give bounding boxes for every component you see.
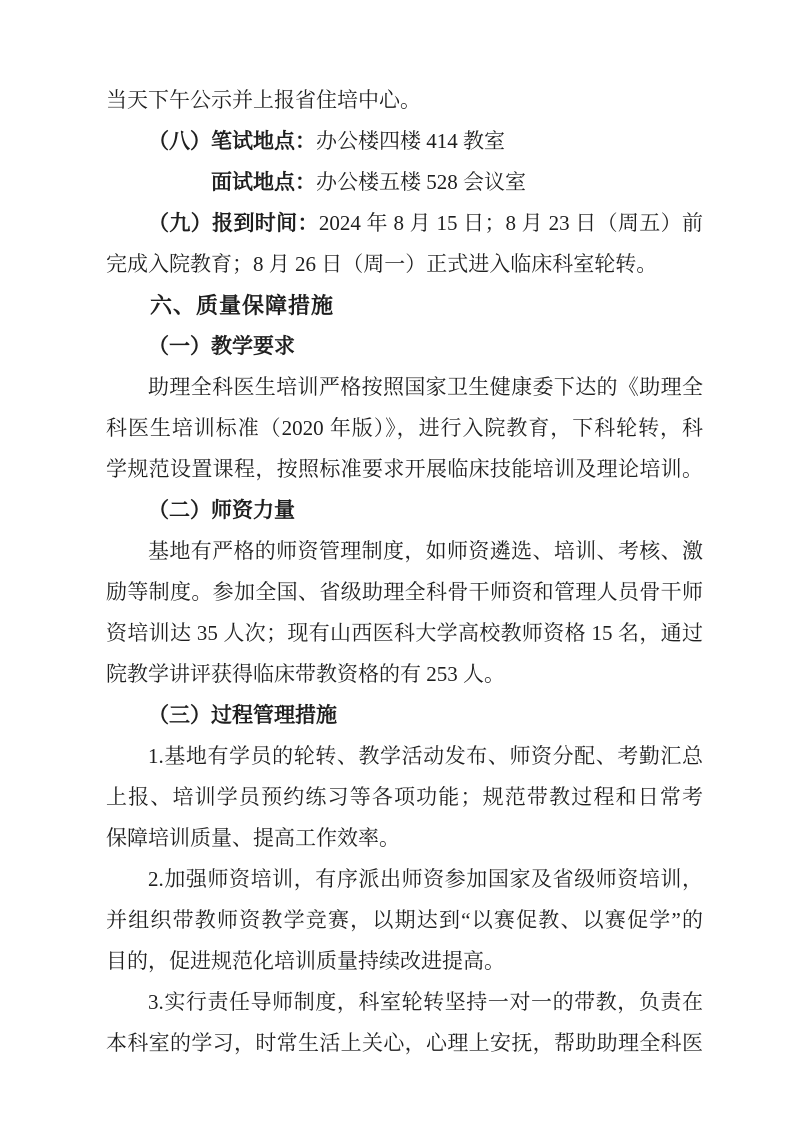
body-text: 助理全科医生培训严格按照国家卫生健康委下达的《助理全 <box>148 375 703 399</box>
para-teaching-requirements-line-3: 学规范设置课程，按照标准要求开展临床技能培训及理论培训。 <box>106 449 703 490</box>
subsection-1-heading-teaching-requirements: （一）教学要求 <box>106 326 703 367</box>
body-text: 2.加强师资培训，有序派出师资参加国家及省级师资培训， <box>148 867 703 891</box>
para-process-2-line-2: 并组织带教师资教学竞赛，以期达到“以赛促教、以赛促学”的 <box>106 900 703 941</box>
body-text: 科医生培训标准（2020 年版）》，进行入院教育，下科轮转，科 <box>106 416 703 440</box>
body-text: 当天下午公示并上报省住培中心。 <box>106 88 421 112</box>
para-faculty-line-1: 基地有严格的师资管理制度，如师资遴选、培训、考核、激 <box>106 531 703 572</box>
bold-label-text: （二）师资力量 <box>148 498 295 522</box>
body-text: 保障培训质量、提高工作效率。 <box>106 826 400 850</box>
para-process-1-line-1: 1.基地有学员的轮转、教学活动发布、师资分配、考勤汇总 <box>106 736 703 777</box>
item-8-written-exam-location: （八）笔试地点：办公楼四楼 414 教室 <box>106 121 703 162</box>
subsection-2-heading-faculty-strength: （二）师资力量 <box>106 490 703 531</box>
body-text: 办公楼四楼 414 教室 <box>316 129 505 153</box>
document-page: 当天下午公示并上报省住培中心。（八）笔试地点：办公楼四楼 414 教室面试地点：… <box>0 0 793 1122</box>
body-text: 学规范设置课程，按照标准要求开展临床技能培训及理论培训。 <box>106 457 703 481</box>
para-faculty-line-3: 资培训达 35 人次；现有山西医科大学高校教师资格 15 名，通过 <box>106 613 703 654</box>
para-teaching-requirements-line-1: 助理全科医生培训严格按照国家卫生健康委下达的《助理全 <box>106 367 703 408</box>
bold-label-text: 面试地点： <box>211 170 316 194</box>
body-text: 资培训达 35 人次；现有山西医科大学高校教师资格 15 名，通过 <box>106 621 703 645</box>
para-process-3-line-1: 3.实行责任导师制度，科室轮转坚持一对一的带教，负责在 <box>106 982 703 1023</box>
para-process-2-line-1: 2.加强师资培训，有序派出师资参加国家及省级师资培训， <box>106 859 703 900</box>
bold-label-text: （八）笔试地点： <box>148 129 316 153</box>
para-process-2-line-3: 目的，促进规范化培训质量持续改进提高。 <box>106 941 703 982</box>
item-9-registration-time: （九）报到时间：2024 年 8 月 15 日；8 月 23 日（周五）前 <box>106 203 703 244</box>
para-prev-page-continuation: 当天下午公示并上报省住培中心。 <box>106 80 703 121</box>
body-text: 上报、培训学员预约练习等各项功能；规范带教过程和日常考核、 <box>106 785 703 818</box>
item-8-interview-location: 面试地点：办公楼五楼 528 会议室 <box>106 162 703 203</box>
body-text: 励等制度。参加全国、省级助理全科骨干师资和管理人员骨干师 <box>106 580 703 604</box>
body-text: 完成入院教育；8 月 26 日（周一）正式进入临床科室轮转。 <box>106 252 657 276</box>
body-text: 1.基地有学员的轮转、教学活动发布、师资分配、考勤汇总 <box>148 744 703 768</box>
para-faculty-line-4: 院教学讲评获得临床带教资格的有 253 人。 <box>106 654 703 695</box>
section-6-heading: 六、质量保障措施 <box>106 285 703 326</box>
body-text: 目的，促进规范化培训质量持续改进提高。 <box>106 949 505 973</box>
body-text: 并组织带教师资教学竞赛，以期达到“以赛促教、以赛促学”的 <box>106 908 703 932</box>
body-text: 3.实行责任导师制度，科室轮转坚持一对一的带教，负责在 <box>148 990 703 1014</box>
para-process-1-line-3: 保障培训质量、提高工作效率。 <box>106 818 703 859</box>
body-text: 办公楼五楼 528 会议室 <box>316 170 526 194</box>
para-faculty-line-2: 励等制度。参加全国、省级助理全科骨干师资和管理人员骨干师 <box>106 572 703 613</box>
bold-label-text: （九）报到时间： <box>148 211 319 235</box>
body-text: 本科室的学习，时常生活上关心，心理上安抚，帮助助理全科医 <box>106 1031 703 1055</box>
bold-label-text: （一）教学要求 <box>148 334 295 358</box>
subsection-3-heading-process-management: （三）过程管理措施 <box>106 695 703 736</box>
body-text: 院教学讲评获得临床带教资格的有 253 人。 <box>106 662 505 686</box>
body-text: 2024 年 8 月 15 日；8 月 23 日（周五）前 <box>319 211 703 235</box>
bold-label-text: （三）过程管理措施 <box>148 703 337 727</box>
para-process-1-line-2: 上报、培训学员预约练习等各项功能；规范带教过程和日常考核、 <box>106 777 703 818</box>
para-process-3-line-2: 本科室的学习，时常生活上关心，心理上安抚，帮助助理全科医 <box>106 1023 703 1064</box>
body-text: 基地有严格的师资管理制度，如师资遴选、培训、考核、激 <box>148 539 703 563</box>
para-teaching-requirements-line-2: 科医生培训标准（2020 年版）》，进行入院教育，下科轮转，科 <box>106 408 703 449</box>
bold-label-text: 六、质量保障措施 <box>150 293 334 318</box>
item-9-registration-time-cont: 完成入院教育；8 月 26 日（周一）正式进入临床科室轮转。 <box>106 244 703 285</box>
